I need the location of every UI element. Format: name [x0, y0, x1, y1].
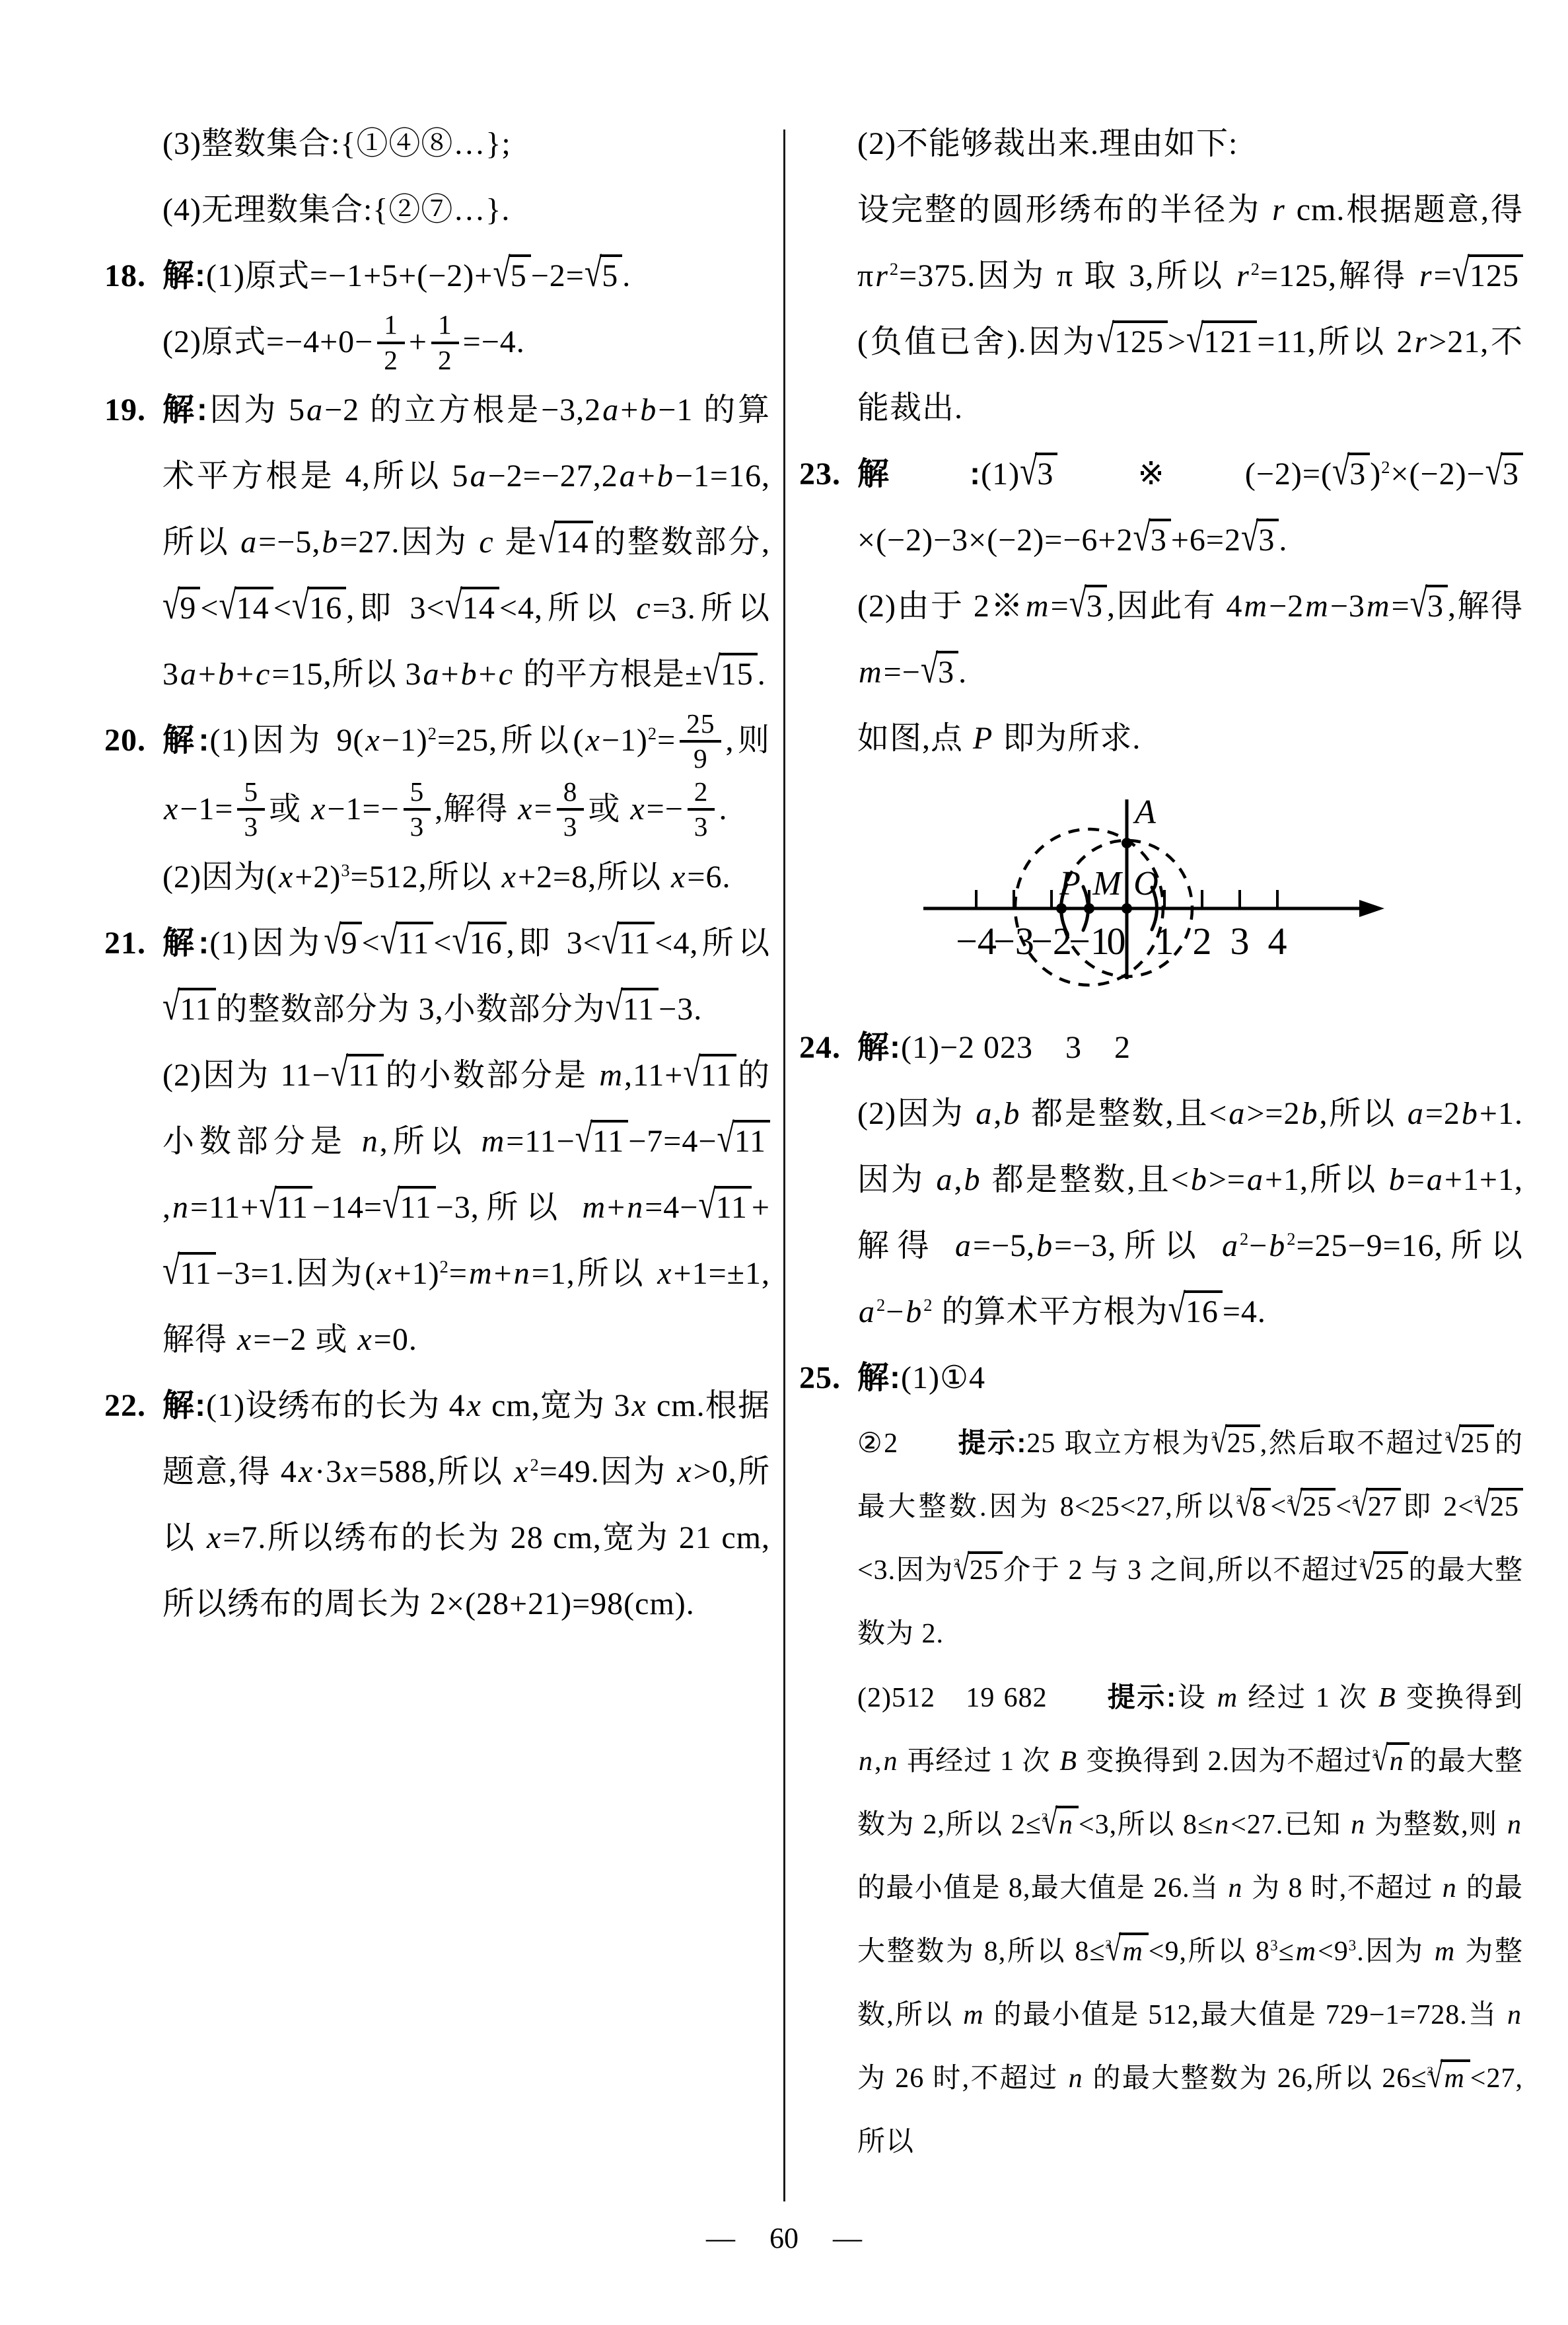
square-root: √3 [1020, 453, 1057, 492]
cube-root: 3√25 [954, 1551, 1003, 1586]
square-root: √9 [324, 922, 361, 961]
bold-label: 解: [857, 1360, 901, 1395]
solution-paragraph: 设完整的圆形绣布的半径为 r cm.根据题意,得 πr2=375.因为 π 取 … [857, 177, 1523, 441]
square-root: √125 [1097, 320, 1168, 360]
solution-paragraph: (2)因为 a,b 都是整数,且<a>=2b,所以 a=2b+1.因为 a,b … [857, 1081, 1523, 1345]
square-root: √16 [452, 922, 506, 961]
square-root: √11 [382, 1186, 436, 1226]
cube-root: 3√27 [1352, 1488, 1401, 1523]
problem-number: 21. [104, 910, 162, 977]
solution-paragraph: 解:因为 5a−2 的立方根是−3,2a+b−1 的算术平方根是 4,所以 5a… [162, 377, 770, 708]
cube-root: 3√n [1372, 1742, 1409, 1777]
fraction: 23 [688, 777, 715, 842]
solution-paragraph: (2)不能够裁出来.理由如下: [857, 111, 1523, 177]
square-root: √11 [162, 1252, 216, 1292]
tick-label: −4 [956, 920, 997, 963]
fraction: 53 [237, 777, 265, 842]
problem-body: 解:(1)①4②2 提示:25 取立方根为3√25,然后取不超过3√25的最大整… [857, 1345, 1523, 2174]
problem-number: 25. [799, 1345, 857, 1411]
bold-label: 解: [162, 926, 209, 961]
fraction: 53 [404, 777, 431, 842]
problem-body: 解:(1)因为√9<√11<√16,即 3<√11<4,所以√11的整数部分为 … [162, 910, 770, 1373]
column-divider [783, 129, 785, 2201]
square-root: √125 [1452, 254, 1523, 294]
solution-paragraph: 解:(1)因为 9(x−1)2=25,所以(x−1)2=259,则 x−1=53… [162, 708, 770, 844]
solution-paragraph: 解:(1)设绣布的长为 4x cm,宽为 3x cm.根据题意,得 4x·3x=… [162, 1373, 770, 1637]
cube-root: 3√n [1042, 1806, 1079, 1841]
point-P-label: P [1059, 865, 1081, 903]
square-root: √15 [703, 653, 757, 692]
cube-root: 3√m [1105, 1933, 1148, 1968]
cube-root: 3√25 [1359, 1551, 1408, 1586]
solution-paragraph: 解:(1)√3※(−2)=(√3)2×(−2)−√3×(−2)−3×(−2)=−… [857, 441, 1523, 573]
square-root: √14 [445, 587, 499, 626]
solution-paragraph: 如图,点 P 即为所求. [857, 706, 1523, 772]
problem-block: 18.解:(1)原式=−1+5+(−2)+√5−2=√5.(2)原式=−4+0−… [104, 243, 770, 377]
problem-block: (2)不能够裁出来.理由如下:设完整的圆形绣布的半径为 r cm.根据题意,得 … [799, 111, 1523, 441]
square-root: √11 [162, 988, 216, 1027]
square-root: √11 [717, 1120, 770, 1160]
tick-label: 2 [1193, 920, 1212, 963]
problem-block: 21.解:(1)因为√9<√11<√16,即 3<√11<4,所以√11的整数部… [104, 910, 770, 1373]
cube-root: 3√25 [1474, 1488, 1523, 1523]
point-P-dot [1056, 903, 1067, 914]
square-root: √3 [1332, 453, 1370, 492]
solution-paragraph: (4)无理数集合:{②⑦…}. [162, 177, 770, 243]
problem-number: 23. [799, 441, 857, 507]
square-root: √9 [162, 587, 200, 626]
tick-label: 4 [1268, 920, 1287, 963]
footer-dash-right: — [833, 2222, 862, 2254]
problem-body: 解:因为 5a−2 的立方根是−3,2a+b−1 的算术平方根是 4,所以 5a… [162, 377, 770, 708]
problem-block: 23.解:(1)√3※(−2)=(√3)2×(−2)−√3×(−2)−3×(−2… [799, 441, 1523, 1015]
square-root: √5 [493, 254, 530, 294]
problem-body: (3)整数集合:{①④⑧…};(4)无理数集合:{②⑦…}. [162, 111, 770, 243]
number-line-figure: −4 −3 −2 −1 0 1 2 3 4 P M O A [913, 781, 1523, 1006]
solution-paragraph: (2)因为 11−√11的小数部分是 m,11+√11的小数部分是 n,所以 m… [162, 1043, 770, 1373]
problem-block: 20.解:(1)因为 9(x−1)2=25,所以(x−1)2=259,则 x−1… [104, 708, 770, 910]
footer-dash-left: — [706, 2222, 735, 2254]
page-footer: —60— [0, 2221, 1568, 2255]
problem-number: 18. [104, 243, 162, 309]
square-root: √16 [292, 587, 346, 626]
square-root: √14 [219, 587, 273, 626]
bold-label: 提示: [1108, 1681, 1176, 1713]
square-root: √11 [606, 988, 659, 1027]
bold-label: 解: [162, 258, 206, 293]
tick-label: −2 [1031, 920, 1072, 963]
square-root: √3 [1133, 519, 1171, 558]
cube-root: 3√8 [1236, 1488, 1270, 1523]
solution-paragraph: 解:(1)因为√9<√11<√16,即 3<√11<4,所以√11的整数部分为 … [162, 910, 770, 1043]
square-root: √11 [259, 1186, 312, 1226]
square-root: √11 [602, 922, 655, 961]
point-O-label: O [1133, 865, 1158, 903]
fraction: 83 [557, 777, 585, 842]
problem-number: 22. [104, 1373, 162, 1439]
bold-label: 提示: [958, 1427, 1027, 1458]
cube-root: 3√25 [1211, 1424, 1260, 1459]
point-A-label: A [1133, 793, 1156, 831]
problem-block: 19.解:因为 5a−2 的立方根是−3,2a+b−1 的算术平方根是 4,所以… [104, 377, 770, 708]
point-M-label: M [1092, 865, 1123, 903]
point-A-dot [1122, 838, 1132, 848]
problem-block: (3)整数集合:{①④⑧…};(4)无理数集合:{②⑦…}. [104, 111, 770, 243]
problem-block: 22.解:(1)设绣布的长为 4x cm,宽为 3x cm.根据题意,得 4x·… [104, 1373, 770, 1637]
fraction: 12 [377, 310, 405, 375]
problem-body: 解:(1)−2 023 3 2(2)因为 a,b 都是整数,且<a>=2b,所以… [857, 1015, 1523, 1345]
workbook-answer-page: (3)整数集合:{①④⑧…};(4)无理数集合:{②⑦…}.18.解:(1)原式… [0, 0, 1568, 2325]
square-root: √14 [538, 521, 592, 560]
problem-block: 24.解:(1)−2 023 3 2(2)因为 a,b 都是整数,且<a>=2b… [799, 1015, 1523, 1345]
bold-label: 解: [162, 392, 208, 427]
square-root: √11 [698, 1186, 752, 1226]
square-root: √3 [1485, 453, 1523, 492]
cube-root: 3√25 [1444, 1424, 1493, 1459]
axis-arrowhead [1359, 900, 1384, 917]
square-root: √3 [921, 651, 958, 690]
tick-label: 1 [1155, 920, 1174, 963]
footer-page-number: 60 [769, 2222, 799, 2254]
tick-label: −1 [1069, 920, 1110, 963]
square-root: √16 [1168, 1290, 1223, 1330]
point-M-dot [1084, 903, 1094, 914]
solution-paragraph: (2)512 19 682 提示:设 m 经过 1 次 B 变换得到 n,n 再… [857, 1666, 1523, 2174]
cube-root: 3√m [1427, 2059, 1470, 2094]
fraction: 259 [680, 709, 721, 774]
solution-paragraph: 解:(1)−2 023 3 2 [857, 1015, 1523, 1081]
tick-label: −3 [993, 920, 1034, 963]
left-column: (3)整数集合:{①④⑧…};(4)无理数集合:{②⑦…}.18.解:(1)原式… [104, 111, 770, 1637]
bold-label: 解: [857, 1030, 901, 1065]
point-O-dot [1122, 903, 1132, 914]
problem-number: 20. [104, 708, 162, 774]
problem-body: 解:(1)因为 9(x−1)2=25,所以(x−1)2=259,则 x−1=53… [162, 708, 770, 910]
square-root: √11 [683, 1054, 736, 1093]
problem-body: (2)不能够裁出来.理由如下:设完整的圆形绣布的半径为 r cm.根据题意,得 … [857, 111, 1523, 441]
square-root: √121 [1186, 320, 1257, 360]
bold-label: 解: [162, 1388, 206, 1423]
problem-number: 19. [104, 377, 162, 443]
square-root: √5 [585, 254, 622, 294]
square-root: √3 [1069, 585, 1107, 624]
square-root: √3 [1241, 519, 1279, 558]
cube-root: 3√25 [1287, 1488, 1336, 1523]
tick-label: 3 [1230, 920, 1250, 963]
square-root: √11 [575, 1120, 629, 1160]
problem-block: 25.解:(1)①4②2 提示:25 取立方根为3√25,然后取不超过3√25的… [799, 1345, 1523, 2174]
problem-body: 解:(1)原式=−1+5+(−2)+√5−2=√5.(2)原式=−4+0−12+… [162, 243, 770, 377]
tick-label: 0 [1107, 920, 1126, 963]
solution-paragraph: (2)因为(x+2)3=512,所以 x+2=8,所以 x=6. [162, 844, 770, 910]
problem-body: 解:(1)√3※(−2)=(√3)2×(−2)−√3×(−2)−3×(−2)=−… [857, 441, 1523, 1015]
solution-paragraph: (3)整数集合:{①④⑧…}; [162, 111, 770, 177]
square-root: √11 [331, 1054, 384, 1093]
square-root: √11 [380, 922, 434, 961]
square-root: √3 [1410, 585, 1448, 624]
problem-body: 解:(1)设绣布的长为 4x cm,宽为 3x cm.根据题意,得 4x·3x=… [162, 1373, 770, 1637]
bold-label: 解: [162, 723, 209, 758]
solution-paragraph: 解:(1)①4 [857, 1345, 1523, 1411]
solution-paragraph: ②2 提示:25 取立方根为3√25,然后取不超过3√25的最大整数.因为 8<… [857, 1411, 1523, 1666]
number-line-svg: −4 −3 −2 −1 0 1 2 3 4 P M O A [913, 781, 1388, 1006]
solution-paragraph: (2)由于 2※m=√3,因此有 4m−2m−3m=√3,解得 m=−√3. [857, 573, 1523, 706]
problem-number: 24. [799, 1015, 857, 1081]
fraction: 12 [431, 310, 459, 375]
bold-label: 解: [857, 457, 981, 492]
right-column: (2)不能够裁出来.理由如下:设完整的圆形绣布的半径为 r cm.根据题意,得 … [799, 111, 1523, 2174]
solution-paragraph: (2)原式=−4+0−12+12=−4. [162, 309, 770, 377]
solution-paragraph: 解:(1)原式=−1+5+(−2)+√5−2=√5. [162, 243, 770, 309]
